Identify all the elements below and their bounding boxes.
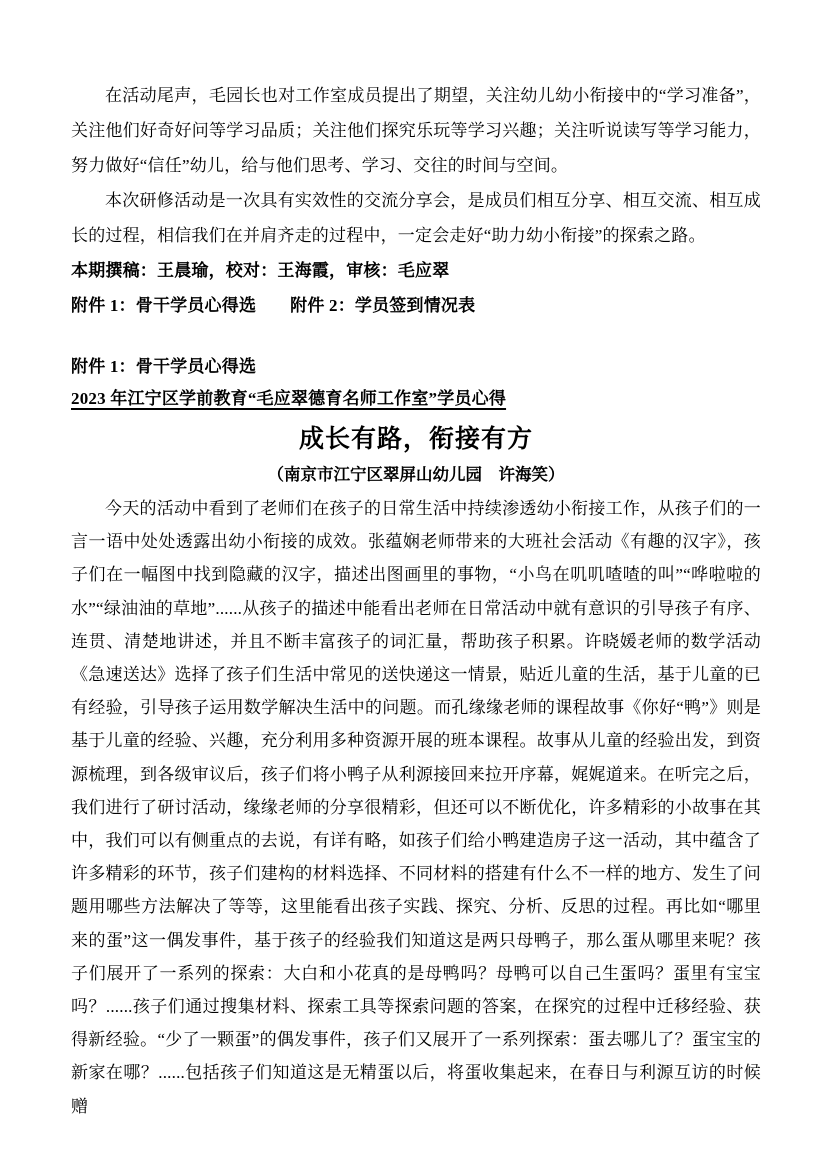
intro-paragraph-1: 在活动尾声，毛园长也对工作室成员提出了期望，关注幼儿幼小衔接中的“学习准备”，关… — [71, 78, 761, 183]
document-page: 在活动尾声，毛园长也对工作室成员提出了期望，关注幼儿幼小衔接中的“学习准备”，关… — [0, 0, 827, 1170]
attachment-section-heading: 附件 1：骨干学员心得选 — [71, 349, 761, 384]
essay-author-line: （南京市江宁区翠屏山幼儿园 许海笑） — [71, 459, 761, 491]
essay-body-paragraph: 今天的活动中看到了老师们在孩子的日常生活中持续渗透幼小衔接工作，从孩子们的一言一… — [71, 492, 761, 1123]
workshop-title-line: 2023 年江宁区学前教育“毛应翠德育名师工作室”学员心得 — [71, 384, 761, 414]
workshop-title-text: 2023 年江宁区学前教育“毛应翠德育名师工作室”学员心得 — [71, 389, 506, 408]
attachment-2-label: 附件 2：学员签到情况表 — [290, 296, 475, 315]
credits-line: 本期撰稿：王晨瑜，校对：王海霞，审核：毛应翠 — [71, 253, 761, 288]
attachments-line: 附件 1：骨干学员心得选附件 2：学员签到情况表 — [71, 288, 761, 323]
attachment-1-label: 附件 1：骨干学员心得选 — [71, 296, 256, 315]
intro-paragraph-2: 本次研修活动是一次具有实效性的交流分享会，是成员们相互分享、相互交流、相互成长的… — [71, 183, 761, 253]
essay-title: 成长有路，衔接有方 — [71, 423, 761, 457]
